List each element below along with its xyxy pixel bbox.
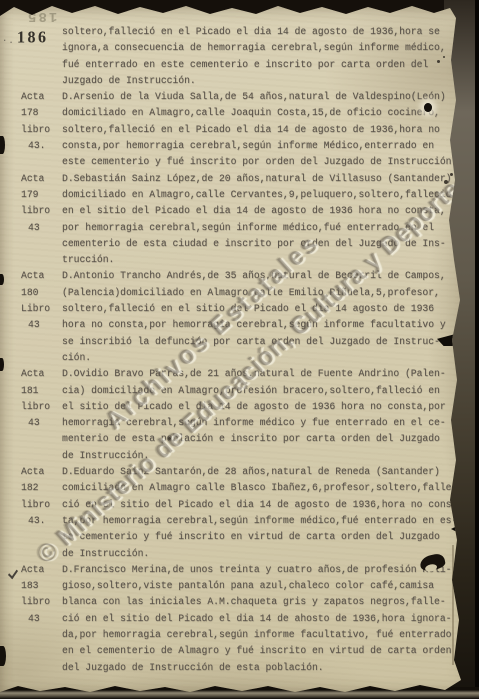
acta-label: Acta181libro43	[21, 366, 61, 431]
registry-entry: soltero,falleció en el Picado el dia 14 …	[0, 24, 479, 89]
edge-damage	[0, 274, 4, 285]
paper-sheet: 185 186 ·. soltero,falleció en el Picado…	[0, 0, 479, 699]
ink-speck	[444, 180, 448, 184]
edge-damage	[0, 136, 5, 154]
registry-entry: Acta182libro43.D.Eduardo Sainz Santarón,…	[0, 464, 479, 562]
registry-entry: Acta183libro43D.Francisco Merina,de unos…	[0, 562, 479, 676]
ink-speck	[168, 437, 171, 440]
registry-entry: Acta178libro43.D.Arsenio de la Viuda Sal…	[0, 89, 479, 170]
ink-speck	[443, 56, 445, 58]
entry-text: D.Arsenio de la Viuda Salla,de 54 años,n…	[62, 89, 452, 170]
entry-text: D.Ovidio Bravo Parras,de 21 años,natural…	[62, 366, 446, 464]
ink-speck	[437, 60, 440, 63]
edge-damage	[0, 646, 6, 666]
registry-entry: Acta180Libro43D.Antonio Trancho Andrés,d…	[0, 268, 479, 366]
acta-label: Acta183libro43	[21, 562, 61, 627]
acta-label: Acta182libro43.	[21, 464, 61, 529]
scanned-registry-page: 185 186 ·. soltero,falleció en el Picado…	[0, 0, 479, 699]
paper-crease	[452, 545, 454, 665]
entry-text: D.Francisco Merina,de unos treinta y cua…	[62, 562, 452, 676]
bleedthrough-page-number: 185	[26, 8, 57, 24]
entry-text: D.Eduardo Sainz Santarón,de 28 años,natu…	[62, 464, 457, 562]
entry-text: D.Antonio Trancho Andrés,de 35 años,natu…	[62, 268, 446, 366]
entries: soltero,falleció en el Picado el dia 14 …	[0, 24, 479, 676]
entry-text: D.Sebastián Sainz López,de 20 años,natur…	[62, 171, 452, 269]
punch-hole	[424, 103, 432, 112]
registry-entry: Acta181libro43D.Ovidio Bravo Parras,de 2…	[0, 366, 479, 464]
edge-damage	[0, 358, 4, 371]
acta-label: Acta178libro43.	[21, 89, 61, 154]
acta-label: Acta180Libro43	[21, 268, 61, 333]
entry-text: soltero,falleció en el Picado el dia 14 …	[62, 24, 446, 89]
ink-speck	[450, 173, 453, 176]
registry-entry: Acta179libro43D.Sebastián Sainz López,de…	[0, 171, 479, 269]
acta-label: Acta179libro43	[21, 171, 61, 236]
